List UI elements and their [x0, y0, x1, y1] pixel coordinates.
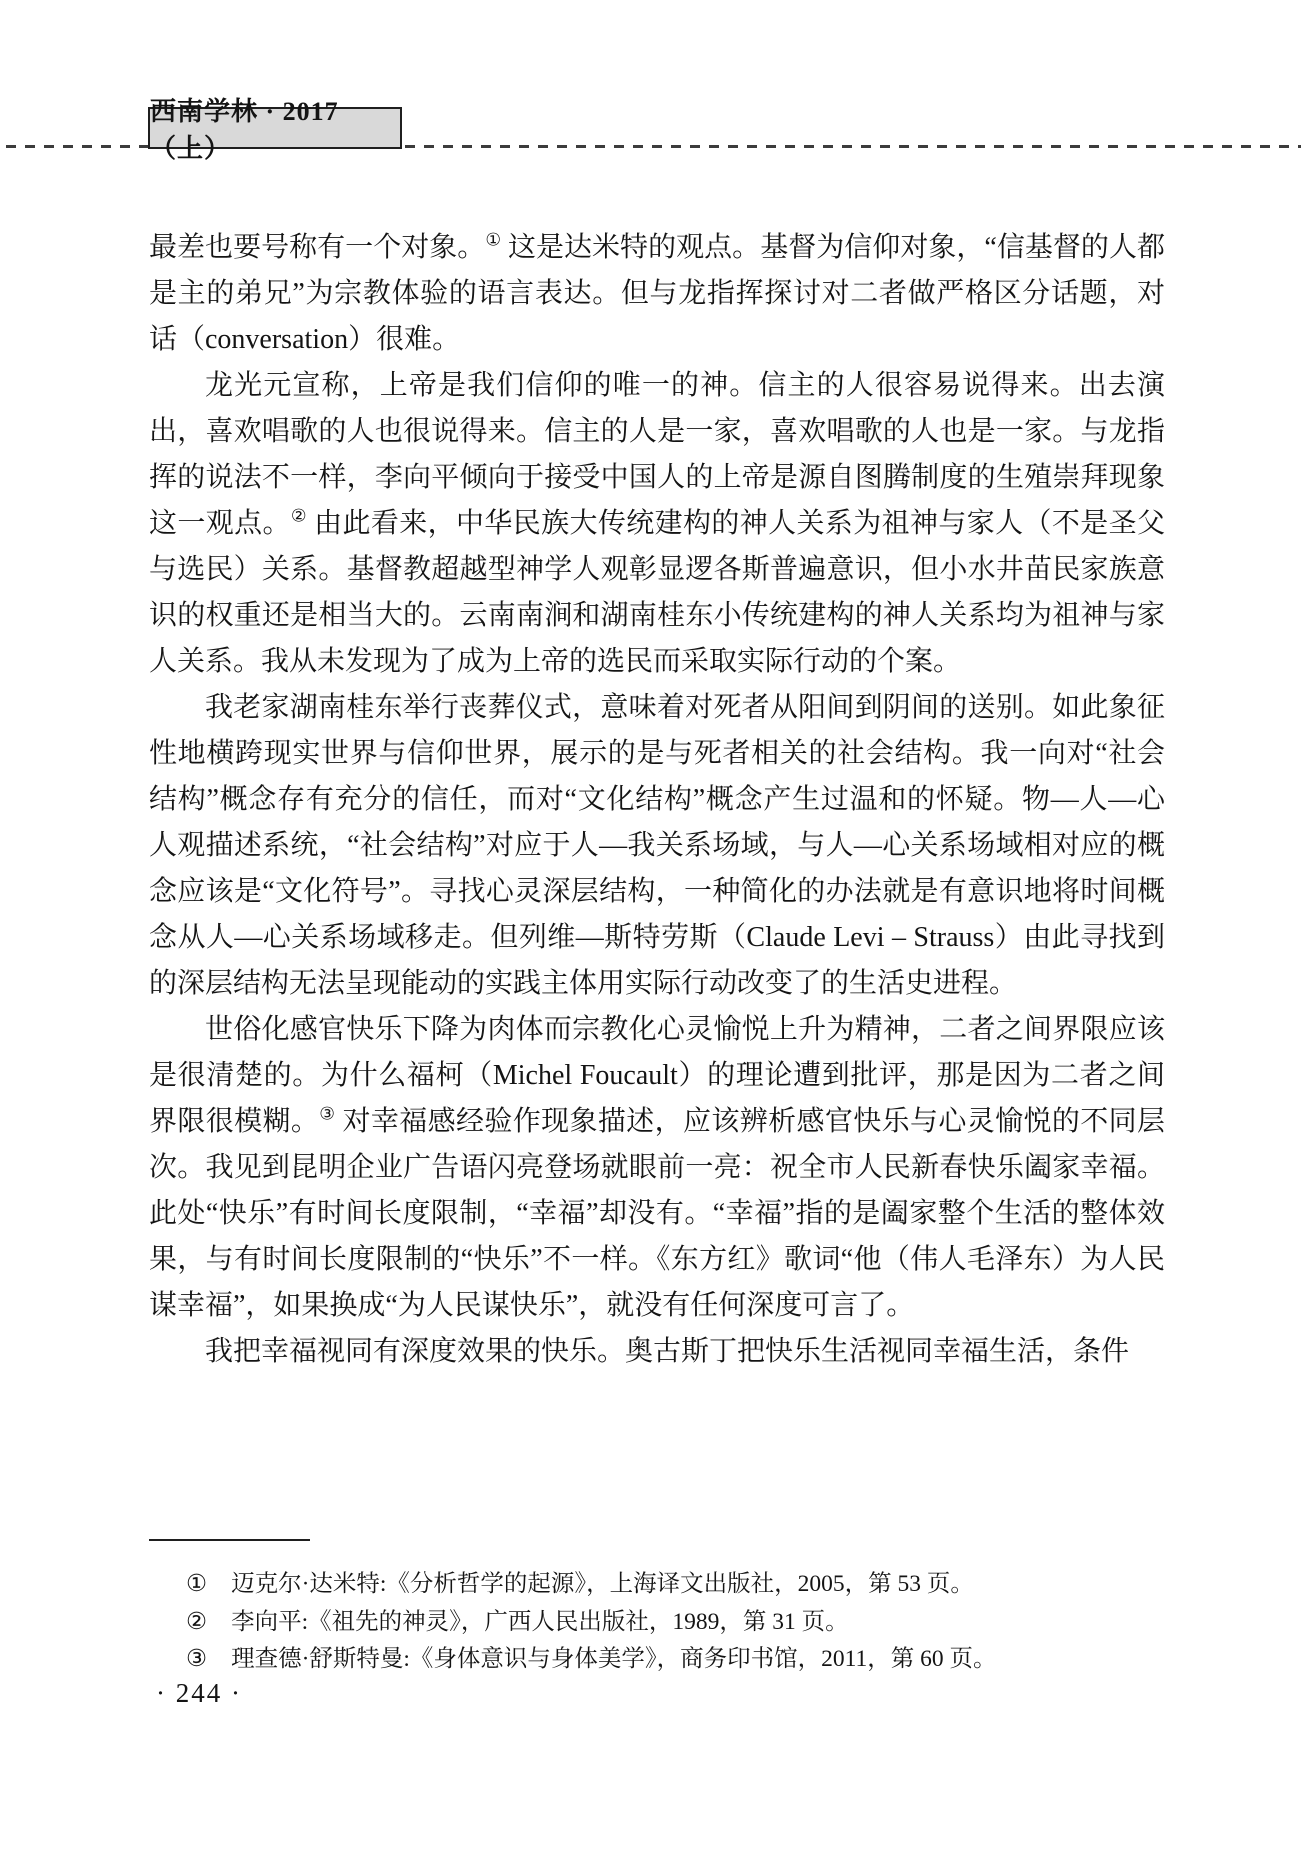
footnote-marker: ① [186, 1566, 207, 1604]
footnote-text: 迈克尔·达米特:《分析哲学的起源》，上海译文出版社，2005，第 53 页。 [231, 1571, 974, 1597]
paragraph-text: 我老家湖南桂东举行丧葬仪式，意味着对死者从阳间到阴间的送别。如此象征性地横跨现实… [149, 692, 1165, 999]
footnote-text: 李向平:《祖先的神灵》，广西人民出版社，1989，第 31 页。 [231, 1609, 849, 1635]
footnote-marker: ② [186, 1604, 207, 1642]
footnote-list: ①迈克尔·达米特:《分析哲学的起源》，上海译文出版社，2005，第 53 页。②… [149, 1566, 1165, 1679]
footnote-item: ①迈克尔·达米特:《分析哲学的起源》，上海译文出版社，2005，第 53 页。 [149, 1566, 1165, 1604]
footnote-item: ③理查德·舒斯特曼:《身体意识与身体美学》，商务印书馆，2011，第 60 页。 [149, 1641, 1165, 1679]
paragraph-text: 对幸福感经验作现象描述，应该辨析感官快乐与心灵愉悦的不同层次。我见到昆明企业广告… [149, 1106, 1165, 1321]
paragraph-text: 最差也要号称有一个对象。 [149, 232, 485, 263]
paragraph: 最差也要号称有一个对象。① 这是达米特的观点。基督为信仰对象，“信基督的人都是主… [149, 225, 1165, 363]
journal-header-badge: 西南学林 · 2017（上） [148, 107, 402, 149]
paragraph: 我把幸福视同有深度效果的快乐。奥古斯丁把快乐生活视同幸福生活，条件 [149, 1329, 1165, 1375]
footnote-reference-marker: ② [291, 507, 307, 526]
footnote-item: ②李向平:《祖先的神灵》，广西人民出版社，1989，第 31 页。 [149, 1604, 1165, 1642]
paragraph: 我老家湖南桂东举行丧葬仪式，意味着对死者从阳间到阴间的送别。如此象征性地横跨现实… [149, 685, 1165, 1007]
page-number: · 244 · [156, 1678, 242, 1709]
footnote-separator [149, 1539, 310, 1541]
paragraph-text: 我把幸福视同有深度效果的快乐。奥古斯丁把快乐生活视同幸福生活，条件 [205, 1336, 1129, 1367]
document-page: 西南学林 · 2017（上） 最差也要号称有一个对象。① 这是达米特的观点。基督… [0, 0, 1307, 1859]
footnote-marker: ③ [186, 1641, 207, 1679]
paragraph-text: 由此看来，中华民族大传统建构的神人关系为祖神与家人（不是圣父与选民）关系。基督教… [149, 508, 1165, 677]
article-body: 最差也要号称有一个对象。① 这是达米特的观点。基督为信仰对象，“信基督的人都是主… [149, 225, 1165, 1375]
journal-title: 西南学林 · 2017（上） [150, 91, 400, 165]
footnote-reference-marker: ③ [319, 1105, 335, 1124]
paragraph: 世俗化感官快乐下降为肉体而宗教化心灵愉悦上升为精神，二者之间界限应该是很清楚的。… [149, 1007, 1165, 1329]
paragraph: 龙光元宣称，上帝是我们信仰的唯一的神。信主的人很容易说得来。出去演出，喜欢唱歌的… [149, 363, 1165, 685]
footnote-text: 理查德·舒斯特曼:《身体意识与身体美学》，商务印书馆，2011，第 60 页。 [231, 1646, 996, 1672]
footnote-reference-marker: ① [485, 231, 501, 250]
